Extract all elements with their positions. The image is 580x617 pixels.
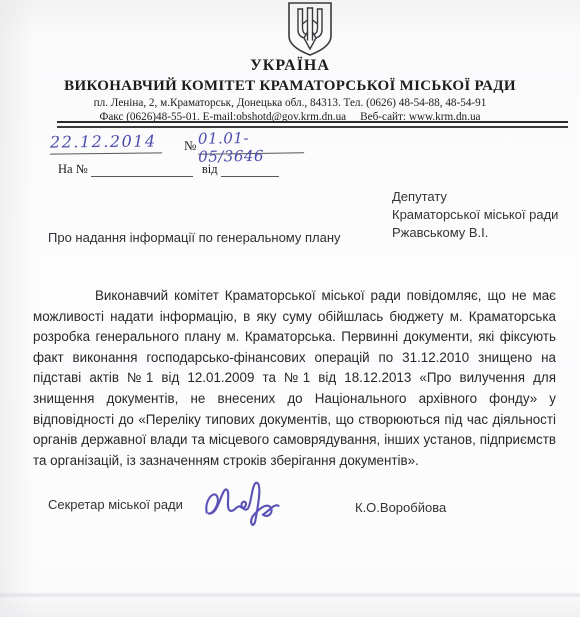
reply-number-blank bbox=[91, 162, 193, 177]
subject-line: Про надання інформації по генеральному п… bbox=[48, 230, 341, 245]
scanned-letter-page: УКРАЇНА ВИКОНАВЧИЙ КОМІТЕТ КРАМАТОРСЬКОЇ… bbox=[0, 0, 580, 617]
handwritten-date: 22.12.2014 bbox=[50, 131, 162, 154]
reply-reference-row: На № від bbox=[58, 162, 279, 177]
recipient-line: Депутату bbox=[392, 188, 558, 206]
ukraine-trident-icon bbox=[281, 2, 339, 58]
recipient-block: Депутату Краматорської міської ради Ржав… bbox=[392, 188, 558, 242]
signer-position: Секретар міської ради bbox=[48, 497, 183, 512]
handwritten-number: 01.01-05/3646 bbox=[198, 128, 304, 154]
organization-name: ВИКОНАВЧИЙ КОМІТЕТ КРАМАТОРСЬКОЇ МІСЬКОЇ… bbox=[0, 78, 580, 95]
recipient-line: Краматорської міської ради bbox=[392, 206, 558, 224]
reply-label: На № bbox=[58, 162, 88, 176]
letter-body: Виконавчий комітет Краматорської міської… bbox=[33, 286, 556, 471]
handwritten-signature bbox=[198, 466, 314, 528]
address-line: пл. Леніна, 2, м.Краматорськ, Донецька о… bbox=[0, 97, 580, 109]
recipient-line: Ржавському В.І. bbox=[392, 224, 558, 242]
signer-name: К.О.Воробйова bbox=[355, 500, 446, 515]
from-date-blank bbox=[221, 162, 279, 177]
country-name: УКРАЇНА bbox=[0, 57, 580, 75]
paper-crease bbox=[0, 592, 580, 598]
from-label: від bbox=[202, 162, 218, 176]
number-symbol: № bbox=[184, 138, 196, 154]
letterhead-divider bbox=[57, 121, 568, 128]
